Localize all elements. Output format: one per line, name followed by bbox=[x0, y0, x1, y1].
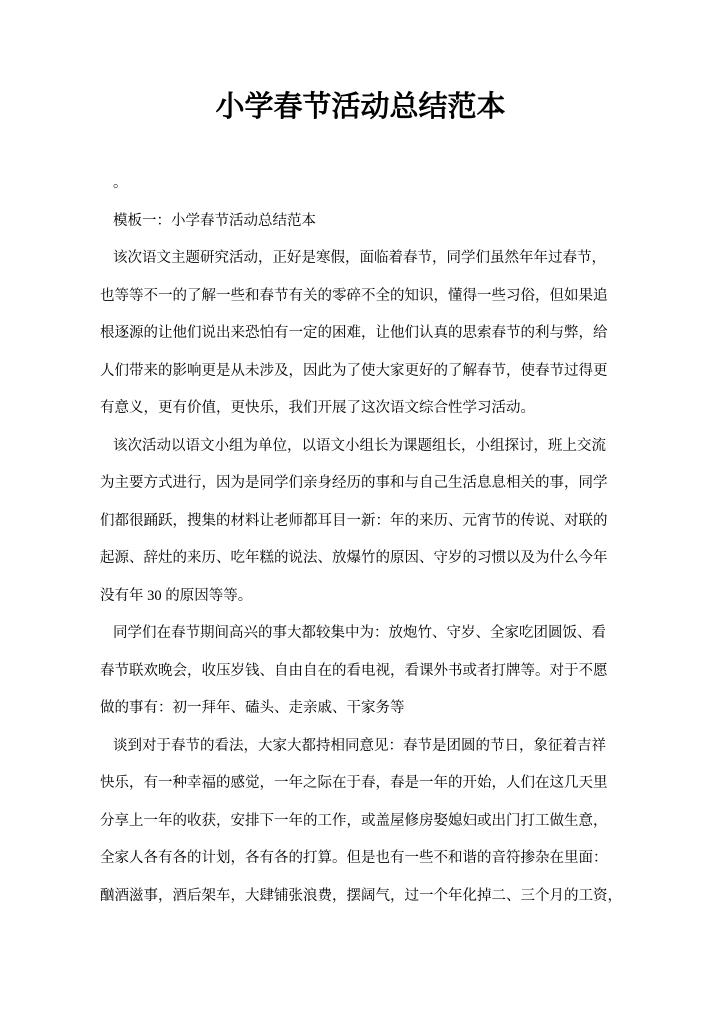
document-body: 。模板一：小学春节活动总结范本该次语文主题研究活动，正好是寒假，面临着春节，同学… bbox=[100, 165, 645, 915]
text-line: 该次语文主题研究活动，正好是寒假，面临着春节，同学们虽然年年过春节， bbox=[100, 240, 645, 278]
paragraph: 该次活动以语文小组为单位，以语文小组长为课题组长，小组探讨，班上交流为主要方式进… bbox=[100, 428, 645, 616]
paragraph: 该次语文主题研究活动，正好是寒假，面临着春节，同学们虽然年年过春节，也等等不一的… bbox=[100, 240, 645, 428]
text-line: 该次活动以语文小组为单位，以语文小组长为课题组长，小组探讨，班上交流 bbox=[100, 428, 645, 466]
text-line: 也等等不一的了解一些和春节有关的零碎不全的知识，懂得一些习俗，但如果追 bbox=[100, 278, 645, 316]
text-line: 春节联欢晚会，收压岁钱、自由自在的看电视，看课外书或者打牌等。对于不愿 bbox=[100, 653, 645, 691]
paragraph: 。 bbox=[100, 165, 645, 203]
text-line: 快乐，有一种幸福的感觉，一年之际在于春，春是一年的开始，人们在这几天里 bbox=[100, 765, 645, 803]
text-line: 没有年 30 的原因等等。 bbox=[100, 578, 645, 616]
text-line: 起源、辞灶的来历、吃年糕的说法、放爆竹的原因、守岁的习惯以及为什么今年 bbox=[100, 540, 645, 578]
text-line: 。 bbox=[100, 165, 645, 203]
paragraph: 同学们在春节期间高兴的事大都较集中为：放炮竹、守岁、全家吃团圆饭、看春节联欢晚会… bbox=[100, 615, 645, 728]
text-line: 谈到对于春节的看法，大家大都持相同意见：春节是团圆的节日，象征着吉祥 bbox=[100, 728, 645, 766]
text-line: 根逐源的让他们说出来恐怕有一定的困难，让他们认真的思索春节的利与弊，给 bbox=[100, 315, 645, 353]
text-line: 人们带来的影响更是从未涉及，因此为了使大家更好的了解春节，使春节过得更 bbox=[100, 353, 645, 391]
text-line: 有意义，更有价值，更快乐，我们开展了这次语文综合性学习活动。 bbox=[100, 390, 645, 428]
paragraph: 谈到对于春节的看法，大家大都持相同意见：春节是团圆的节日，象征着吉祥快乐，有一种… bbox=[100, 728, 645, 916]
text-line: 们都很踊跃，搜集的材料让老师都耳目一新：年的来历、元宵节的传说、对联的 bbox=[100, 503, 645, 541]
text-line: 分享上一年的收获，安排下一年的工作，或盖屋修房娶媳妇或出门打工做生意， bbox=[100, 803, 645, 841]
text-line: 全家人各有各的计划，各有各的打算。但是也有一些不和谐的音符掺杂在里面： bbox=[100, 840, 645, 878]
text-line: 模板一：小学春节活动总结范本 bbox=[100, 203, 645, 241]
document-page: 小学春节活动总结范本 。模板一：小学春节活动总结范本该次语文主题研究活动，正好是… bbox=[0, 0, 721, 1020]
text-line: 为主要方式进行，因为是同学们亲身经历的事和与自己生活息息相关的事，同学 bbox=[100, 465, 645, 503]
text-line: 同学们在春节期间高兴的事大都较集中为：放炮竹、守岁、全家吃团圆饭、看 bbox=[100, 615, 645, 653]
document-title: 小学春节活动总结范本 bbox=[100, 84, 621, 125]
text-line: 酗酒滋事，酒后架车，大肆铺张浪费，摆阔气，过一个年化掉二、三个月的工资， bbox=[100, 878, 645, 916]
paragraph: 模板一：小学春节活动总结范本 bbox=[100, 203, 645, 241]
text-line: 做的事有：初一拜年、磕头、走亲戚、干家务等 bbox=[100, 690, 645, 728]
